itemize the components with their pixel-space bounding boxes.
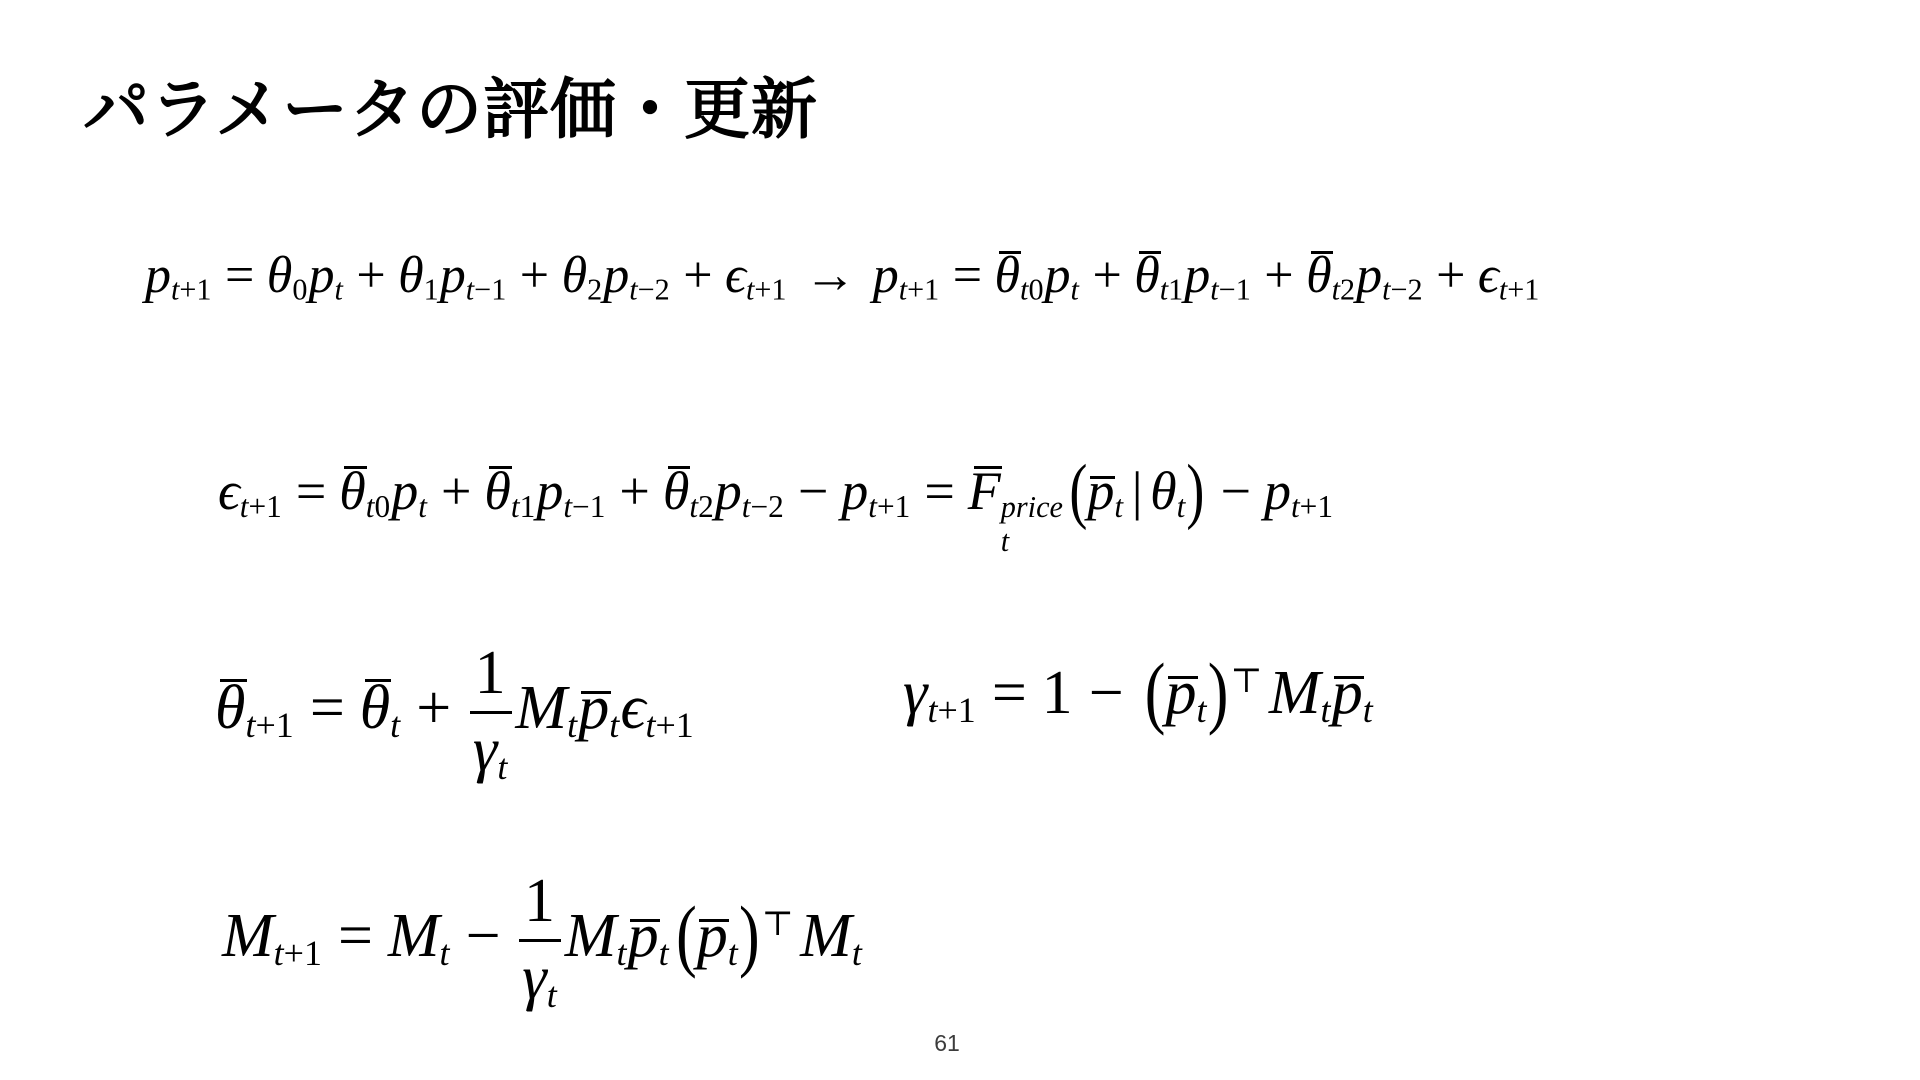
equation-gamma-update: γt+1=1−(pt)⊤Mtpt	[903, 655, 1374, 733]
equation-theta-update: θt+1=θt+1γtMtptϵt+1	[215, 640, 695, 787]
equation-ar-price-model: pt+1=θ0pt+θ1pt−1+θ2pt−2+ϵt+1→pt+1=θt0pt+…	[145, 243, 1540, 309]
slide-canvas: パラメータの評価・更新 pt+1=θ0pt+θ1pt−1+θ2pt−2+ϵt+1…	[0, 0, 1920, 1080]
slide-title: パラメータの評価・更新	[83, 76, 818, 142]
equation-prediction-error: ϵt+1=θt0pt+θt1pt−1+θt2pt−2−pt+1=Fpricet(…	[218, 458, 1334, 559]
page-number: 61	[0, 1030, 1894, 1057]
equation-covariance-update: Mt+1=Mt−1γtMtpt(pt)⊤Mt	[222, 868, 863, 1015]
